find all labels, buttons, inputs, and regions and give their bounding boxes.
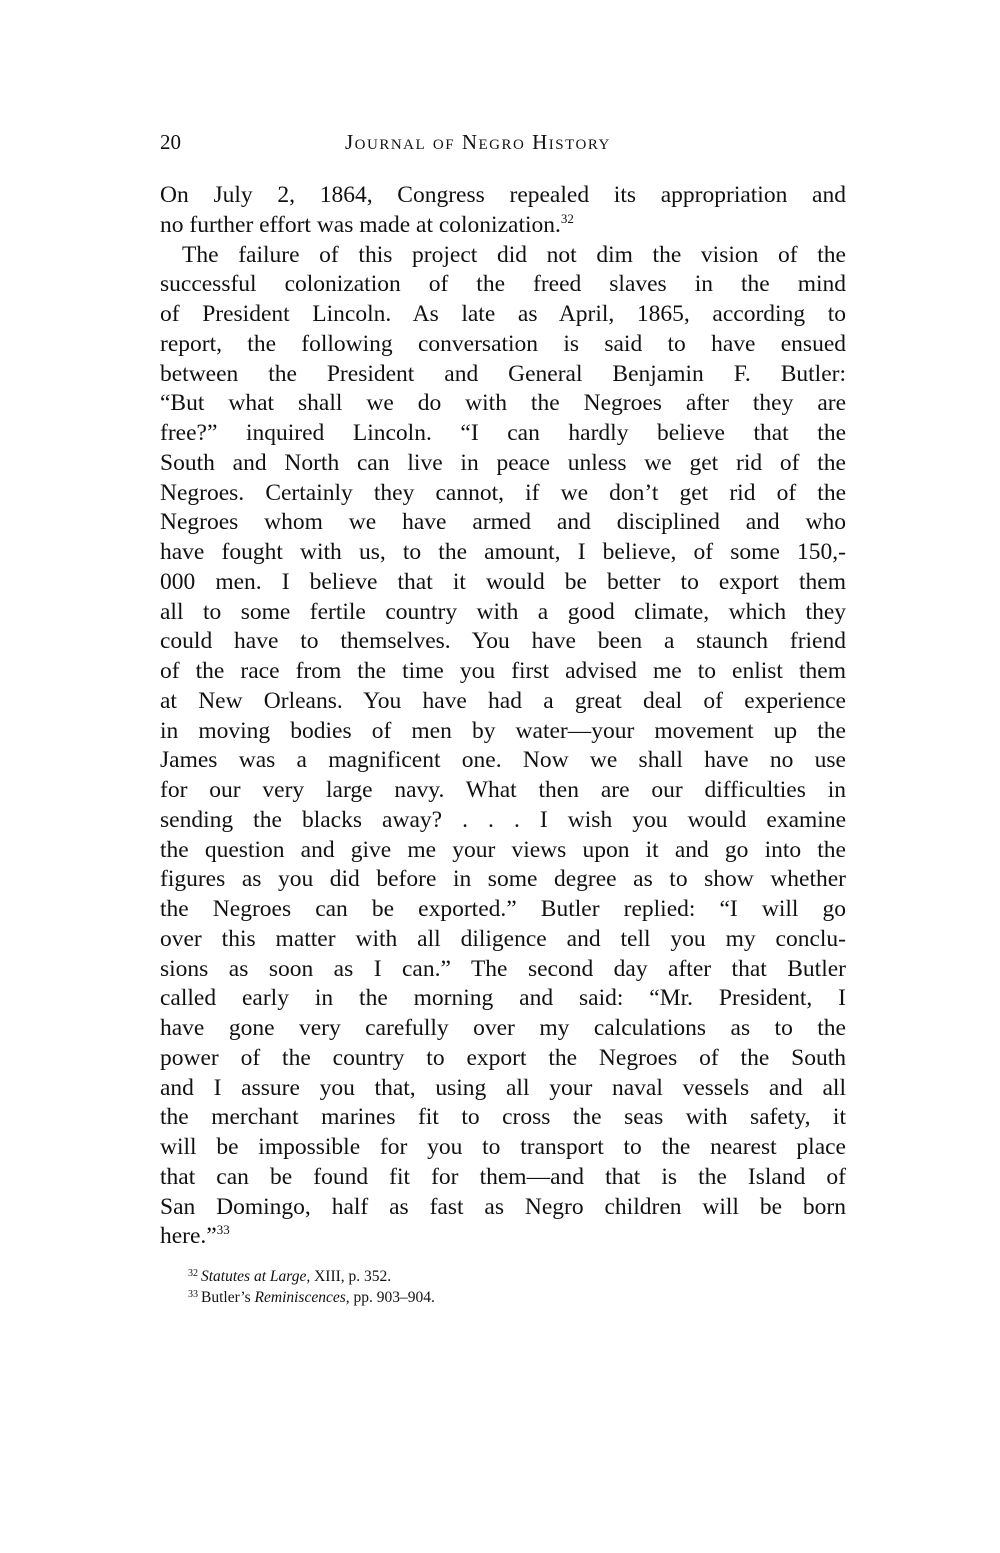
footnote-author: Butler’s <box>201 1289 255 1306</box>
text-line: that can be found fit for them—and that … <box>160 1163 846 1193</box>
text-line: 000 men. I believe that it would be bett… <box>160 568 846 598</box>
footnote-ref[interactable]: 32 <box>561 211 574 226</box>
text-line: in moving bodies of men by water—your mo… <box>160 717 846 747</box>
text-line: On July 2, 1864, Congress repealed its a… <box>160 181 846 211</box>
text-line: for our very large navy. What then are o… <box>160 776 846 806</box>
text-line: the merchant marines fit to cross the se… <box>160 1103 846 1133</box>
text-line: will be impossible for you to transport … <box>160 1133 846 1163</box>
text-line: South and North can live in peace unless… <box>160 449 846 479</box>
text-line: of the race from the time you first advi… <box>160 657 846 687</box>
text-line: the question and give me your views upon… <box>160 836 846 866</box>
text-line: sions as soon as I can.” The second day … <box>160 955 846 985</box>
text-line: have gone very carefully over my calcula… <box>160 1014 846 1044</box>
text-line: Negroes. Certainly they cannot, if we do… <box>160 479 846 509</box>
footnote-number: 33 <box>188 1289 198 1300</box>
footnote-number: 32 <box>188 1268 198 1279</box>
text-line: over this matter with all diligence and … <box>160 925 846 955</box>
text-line: the Negroes can be exported.” Butler rep… <box>160 895 846 925</box>
footnote-citation: XIII, p. 352. <box>310 1268 391 1285</box>
footnote-title: Reminiscences, <box>255 1289 350 1306</box>
footnote-citation: pp. 903–904. <box>350 1289 435 1306</box>
text-line: all to some fertile country with a good … <box>160 598 846 628</box>
footnote-32: 32Statutes at Large, XIII, p. 352. <box>188 1266 435 1287</box>
text-line: Negroes whom we have armed and disciplin… <box>160 508 846 538</box>
page-number: 20 <box>160 130 181 155</box>
text-line: figures as you did before in some degree… <box>160 865 846 895</box>
text-line: James was a magnificent one. Now we shal… <box>160 746 846 776</box>
text-line: here.”33 <box>160 1222 846 1252</box>
text-line: San Domingo, half as fast as Negro child… <box>160 1193 846 1223</box>
footnote-title: Statutes at Large, <box>201 1268 310 1285</box>
running-head: 20 Journal of Negro History <box>160 130 845 162</box>
text-line: “But what shall we do with the Negroes a… <box>160 389 846 419</box>
text-line: no further effort was made at colonizati… <box>160 211 846 241</box>
text-line: at New Orleans. You have had a great dea… <box>160 687 846 717</box>
text-line: have fought with us, to the amount, I be… <box>160 538 846 568</box>
text-line: successful colonization of the freed sla… <box>160 270 846 300</box>
text-line: of President Lincoln. As late as April, … <box>160 300 846 330</box>
text-line: called early in the morning and said: “M… <box>160 984 846 1014</box>
text-line: sending the blacks away? . . . I wish yo… <box>160 806 846 836</box>
journal-title: Journal of Negro History <box>345 130 611 155</box>
text-line: The failure of this project did not dim … <box>160 241 846 271</box>
text-line: and I assure you that, using all your na… <box>160 1074 846 1104</box>
text-line: power of the country to export the Negro… <box>160 1044 846 1074</box>
text-line: between the President and General Benjam… <box>160 360 846 390</box>
body-text: On July 2, 1864, Congress repealed its a… <box>160 181 846 1252</box>
text-line: free?” inquired Lincoln. “I can hardly b… <box>160 419 846 449</box>
footnote-ref[interactable]: 33 <box>217 1222 230 1237</box>
text-line: report, the following conversation is sa… <box>160 330 846 360</box>
footnote-33: 33Butler’s Reminiscences, pp. 903–904. <box>188 1287 435 1308</box>
footnotes: 32Statutes at Large, XIII, p. 352. 33But… <box>188 1266 435 1308</box>
text-line: could have to themselves. You have been … <box>160 627 846 657</box>
